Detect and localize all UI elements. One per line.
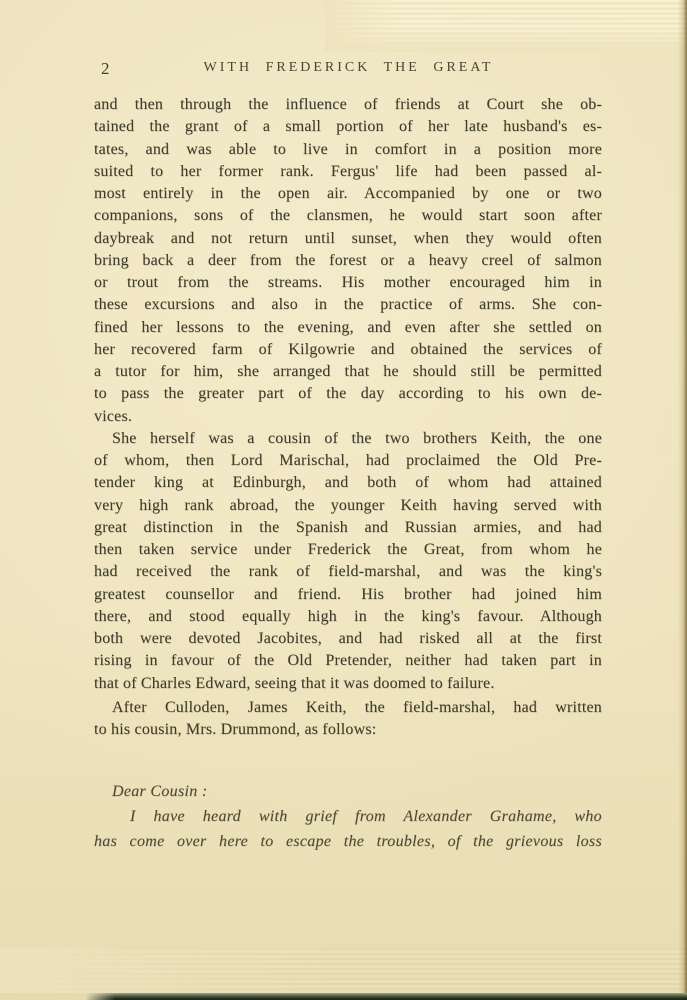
text-line: very high rank abroad, the younger Keith… — [94, 495, 602, 517]
text-line: a tutor for him, she arranged that he sh… — [94, 361, 602, 383]
text-line: rising in favour of the Old Pretender, n… — [94, 650, 602, 672]
text-line: most entirely in the open air. Accompani… — [94, 183, 602, 205]
text-line: there, and stood equally high in the kin… — [94, 606, 602, 628]
text-line: to his cousin, Mrs. Drummond, as follows… — [94, 719, 602, 741]
text-line: of whom, then Lord Marischal, had procla… — [94, 450, 602, 472]
paragraph-2: She herself was a cousin of the two brot… — [94, 428, 602, 695]
page-edge-texture-bottom — [0, 948, 687, 993]
text-line: tained the grant of a small portion of h… — [94, 116, 602, 138]
text-line: She herself was a cousin of the two brot… — [94, 428, 602, 450]
scan-dark-strip-bottom — [85, 993, 687, 1000]
body-text: and then through the influence of friend… — [94, 94, 602, 854]
text-line: these excursions and also in the practic… — [94, 294, 602, 316]
text-line: After Culloden, James Keith, the field-m… — [94, 697, 602, 719]
quoted-letter: Dear Cousin : I have heard with grief fr… — [94, 779, 602, 854]
paragraph-1: and then through the influence of friend… — [94, 94, 602, 428]
page-header: 2 WITH FREDERICK THE GREAT — [95, 58, 602, 80]
text-line: tates, and was able to live in comfort i… — [94, 139, 602, 161]
text-line: bring back a deer from the forest or a h… — [94, 250, 602, 272]
text-line: suited to her former rank. Fergus' life … — [94, 161, 602, 183]
letter-line: has come over here to escape the trouble… — [94, 829, 602, 854]
letter-salutation: Dear Cousin : — [94, 779, 602, 804]
text-line: both were devoted Jacobites, and had ris… — [94, 628, 602, 650]
text-line: that of Charles Edward, seeing that it w… — [94, 673, 602, 695]
text-line: fined her lessons to the evening, and ev… — [94, 317, 602, 339]
paragraph-3: After Culloden, James Keith, the field-m… — [94, 697, 602, 742]
page-edge-texture-top-right — [325, 0, 687, 52]
text-line: and then through the influence of friend… — [94, 94, 602, 116]
running-title: WITH FREDERICK THE GREAT — [95, 60, 602, 76]
text-line: had received the rank of field-marshal, … — [94, 561, 602, 583]
text-line: greatest counsellor and friend. His brot… — [94, 584, 602, 606]
book-page-scan: 2 WITH FREDERICK THE GREAT and then thro… — [0, 0, 687, 1000]
text-line: daybreak and not return until sunset, wh… — [94, 228, 602, 250]
text-line: to pass the greater part of the day acco… — [94, 383, 602, 405]
text-line: tender king at Edinburgh, and both of wh… — [94, 472, 602, 494]
page-edge-shadow-right — [678, 0, 687, 1000]
text-line: vices. — [94, 406, 602, 428]
text-line: companions, sons of the clansmen, he wou… — [94, 205, 602, 227]
text-line: her recovered farm of Kilgowrie and obta… — [94, 339, 602, 361]
text-line: then taken service under Frederick the G… — [94, 539, 602, 561]
text-line: or trout from the streams. His mother en… — [94, 272, 602, 294]
text-line: great distinction in the Spanish and Rus… — [94, 517, 602, 539]
letter-line: I have heard with grief from Alexander G… — [94, 804, 602, 829]
